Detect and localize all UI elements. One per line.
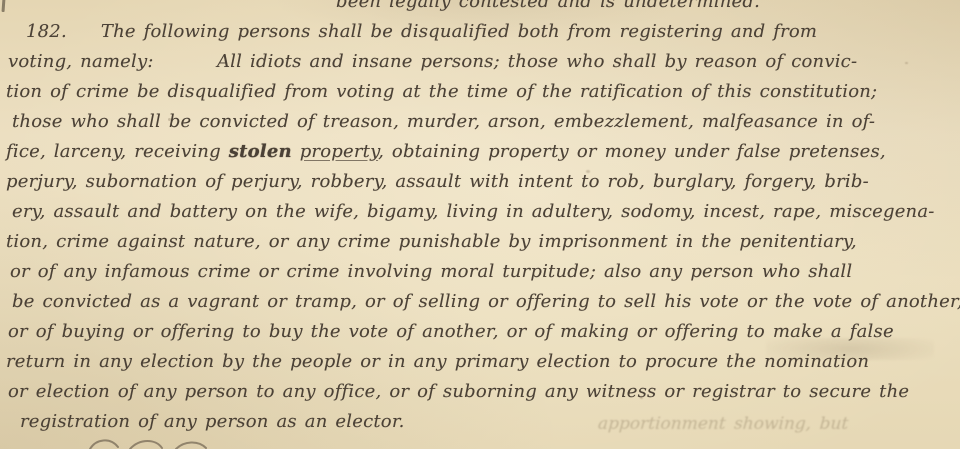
bleedthrough-smudge — [766, 338, 934, 360]
handwritten-line: perjury, subornation of perjury, robbery… — [6, 167, 958, 197]
manuscript-page: been legally contested and is undetermin… — [0, 0, 960, 449]
line-text: , obtaining property or money under fals… — [378, 141, 886, 162]
line-text — [292, 141, 300, 162]
paper-speck — [18, 212, 20, 214]
underlined-word: property — [300, 141, 378, 162]
handwritten-line: those who shall be convicted of treason,… — [12, 107, 958, 137]
handwritten-text-block: been legally contested and is undetermin… — [6, 0, 958, 437]
paper-speck — [168, 118, 171, 121]
handwritten-line-partial-top: been legally contested and is undetermin… — [336, 0, 958, 17]
handwritten-line: or election of any person to any office,… — [8, 377, 958, 407]
paper-speck — [586, 170, 590, 173]
handwritten-line: be convicted as a vagrant or tramp, or o… — [12, 287, 958, 317]
line-text: fice, larceny, receiving — [6, 141, 229, 162]
handwritten-line: or of any infamous crime or crime involv… — [10, 257, 958, 287]
paper-speck — [905, 62, 908, 64]
handwritten-line: tion, crime against nature, or any crime… — [6, 227, 958, 257]
handwritten-line: ery, assault and battery on the wife, bi… — [12, 197, 958, 227]
bleedthrough-text: apportionment showing, but — [597, 414, 849, 434]
emphasized-word: stolen — [229, 141, 292, 162]
handwritten-line: voting, namely: All idiots and insane pe… — [8, 47, 958, 77]
handwritten-line-section-start: 182.The following persons shall be disqu… — [26, 17, 958, 47]
handwritten-line: fice, larceny, receiving stolen property… — [6, 137, 958, 167]
handwritten-line: tion of crime be disqualified from votin… — [6, 77, 958, 107]
paper-speck — [640, 396, 643, 399]
section-number: 182. — [26, 21, 67, 42]
partial-next-line-stroke — [86, 437, 236, 449]
paper-speck — [345, 302, 347, 304]
line-text: The following persons shall be disqualif… — [101, 21, 817, 42]
page-edge-ink-mark — [2, 0, 6, 12]
